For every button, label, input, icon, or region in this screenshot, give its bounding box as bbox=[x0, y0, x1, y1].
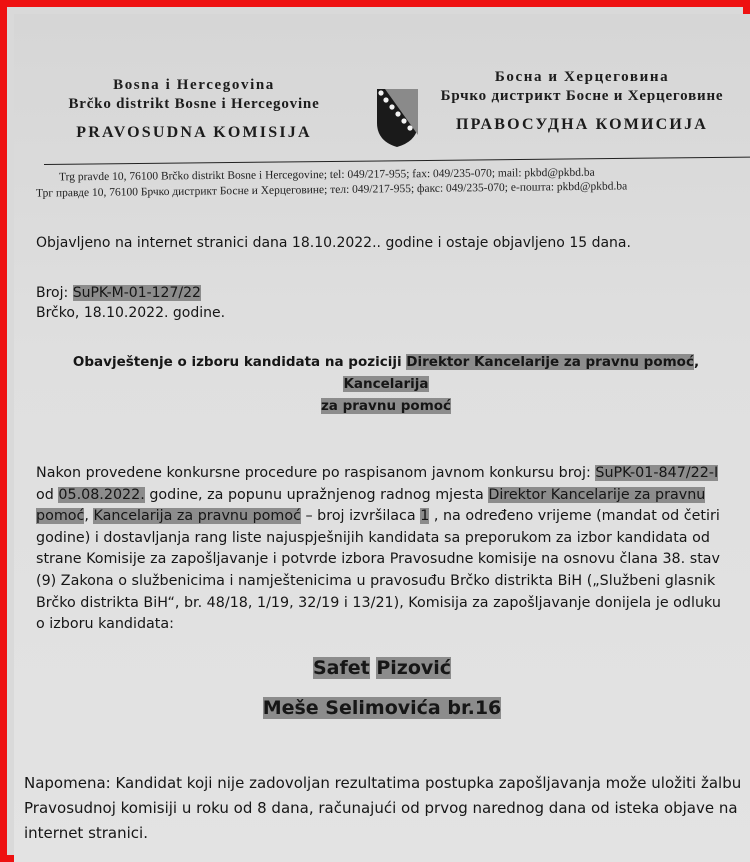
para-line-4: godine) i dostavljanja rang liste najusp… bbox=[36, 528, 742, 550]
institution-name-latin: PRAVOSUDNA KOMISIJA bbox=[34, 124, 354, 142]
title-separator: , bbox=[694, 354, 699, 370]
para-line-2: od 05.08.2022. godine, za popunu upražnj… bbox=[36, 485, 742, 507]
note-line-3: internet stranici. bbox=[24, 821, 744, 846]
place-date: Brčko, 18.10.2022. godine. bbox=[36, 303, 225, 324]
para-line-7: Brčko distrikta BiH“, br. 48/18, 1/19, 3… bbox=[36, 593, 742, 615]
title-prefix: Obavještenje o izboru kandidata na pozic… bbox=[73, 354, 406, 370]
bih-coat-of-arms-icon bbox=[375, 87, 420, 149]
screenshot-frame: Bosna i Hercegovina Brčko distrikt Bosne… bbox=[0, 0, 750, 862]
para-line-5: strane Komisije za zapošljavanje i potvr… bbox=[36, 549, 742, 571]
executor-count: 1 bbox=[420, 508, 429, 524]
header-latin: Bosna i Hercegovina Brčko distrikt Bosne… bbox=[34, 76, 354, 142]
para-line-3: pomoć, Kancelarija za pravnu pomoć – bro… bbox=[36, 506, 742, 528]
appeal-note: Napomena: Kandidat koji nije zadovoljan … bbox=[24, 771, 744, 846]
reference-number: SuPK-M-01-127/22 bbox=[73, 285, 201, 301]
decision-paragraph: Nakon provedene konkursne procedure po r… bbox=[36, 463, 742, 636]
reference-number-line: Broj: SuPK-M-01-127/22 bbox=[36, 283, 201, 304]
header-divider bbox=[44, 157, 750, 165]
para-line-8: o izboru kandidata: bbox=[36, 614, 742, 636]
competition-date: 05.08.2022. bbox=[58, 487, 144, 503]
candidate-address-text: Meše Selimovića br.16 bbox=[263, 697, 502, 719]
note-line-1: Napomena: Kandidat koji nije zadovoljan … bbox=[24, 771, 744, 796]
para-line-1: Nakon provedene konkursne procedure po r… bbox=[36, 463, 742, 485]
reference-label: Broj: bbox=[36, 285, 73, 301]
institution-name-cyrillic: ПРАВОСУДНА КОМИСИЈА bbox=[422, 116, 742, 134]
candidate-name: Safet Pizović bbox=[14, 657, 750, 679]
published-notice: Objavljeno na internet stranici dana 18.… bbox=[36, 233, 631, 254]
header-cyrillic: Босна и Херцеговина Брчко дистрикт Босне… bbox=[422, 68, 742, 134]
title-office-cont: za pravnu pomoć bbox=[321, 398, 451, 414]
country-name-latin: Bosna i Hercegovina bbox=[34, 76, 354, 95]
country-name-cyrillic: Босна и Херцеговина bbox=[422, 68, 742, 87]
address-cyrillic: Трг правде 10, 76100 Брчко дистрикт Босн… bbox=[36, 180, 627, 199]
title-office: Kancelarija bbox=[343, 376, 428, 392]
title-position: Direktor Kancelarije za pravnu pomoć bbox=[406, 354, 694, 370]
candidate-address: Meše Selimovića br.16 bbox=[14, 697, 750, 719]
scanned-document: Bosna i Hercegovina Brčko distrikt Bosne… bbox=[14, 14, 750, 862]
position-name: Direktor Kancelarije za pravnu bbox=[488, 487, 705, 503]
candidate-last-name: Pizović bbox=[376, 657, 451, 679]
district-name-latin: Brčko distrikt Bosne i Hercegovine bbox=[34, 95, 354, 114]
candidate-first-name: Safet bbox=[313, 657, 370, 679]
note-line-2: Pravosudnoj komisiji u roku od 8 dana, r… bbox=[24, 796, 744, 821]
para-line-6: (9) Zakona o službenicima i namještenici… bbox=[36, 571, 742, 593]
office-name: Kancelarija za pravnu pomoć bbox=[93, 508, 300, 524]
notice-title: Obavještenje o izboru kandidata na pozic… bbox=[36, 351, 736, 417]
district-name-cyrillic: Брчко дистрикт Босне и Херцеговине bbox=[422, 87, 742, 106]
competition-number: SuPK-01-847/22-I bbox=[595, 465, 718, 481]
